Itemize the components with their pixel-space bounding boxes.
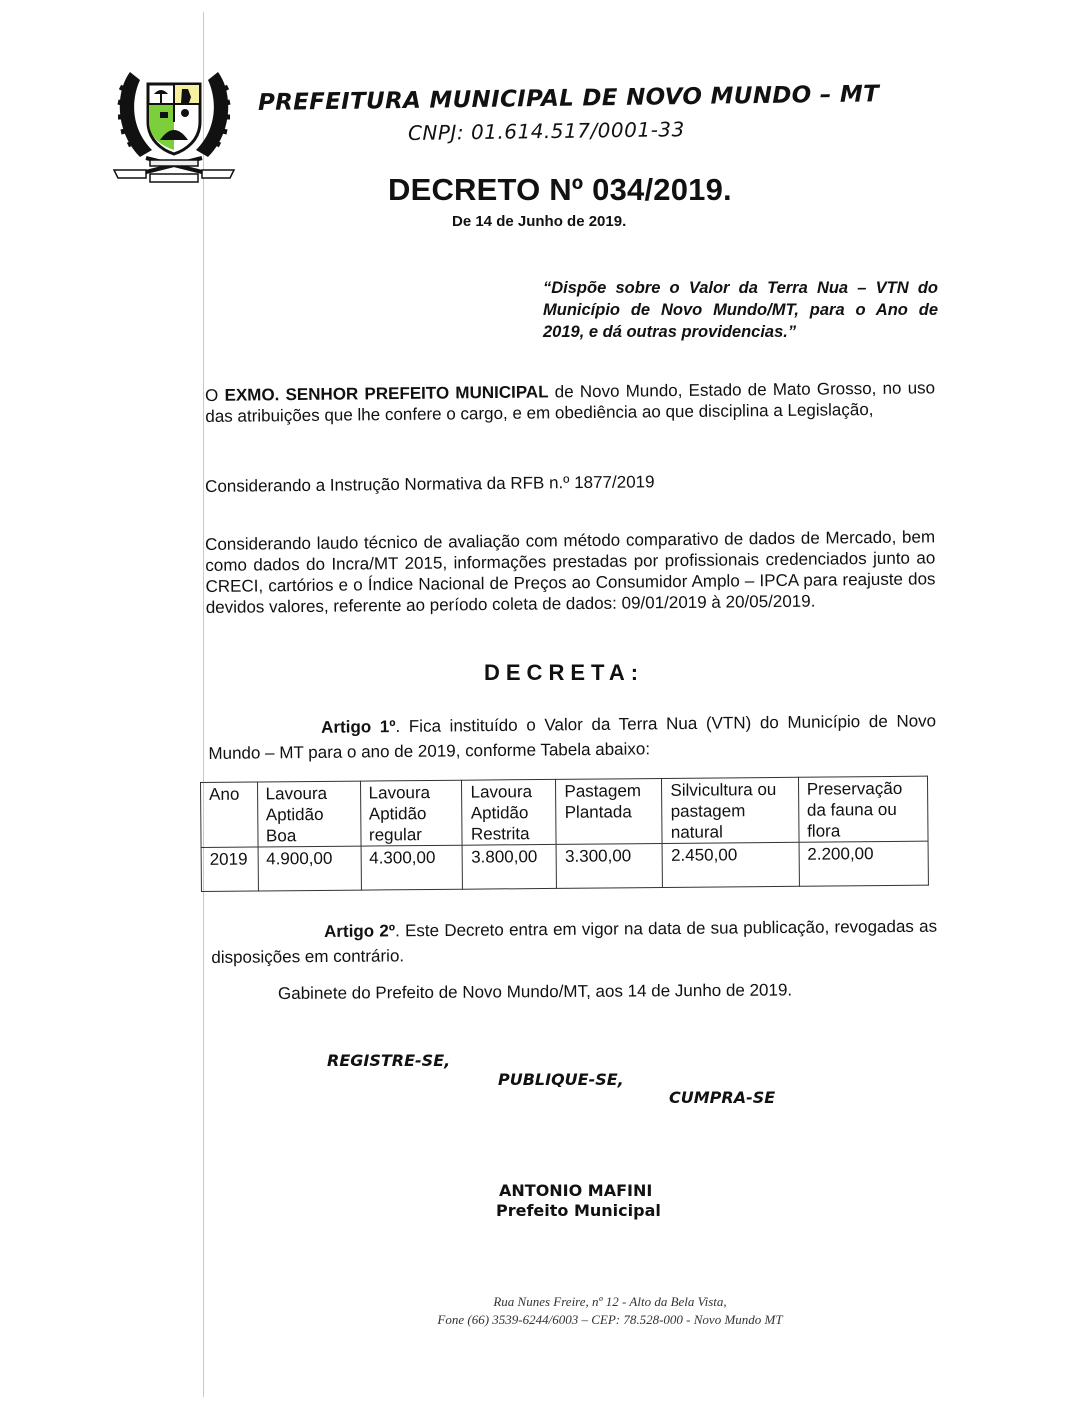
table-cell: 3.300,00 xyxy=(556,843,662,888)
footer-line-1: Rua Nunes Freire, nº 12 - Alto da Bela V… xyxy=(380,1293,840,1311)
coat-of-arms-icon xyxy=(110,62,238,187)
article-1-text: . Fica instituído o Valor da Terra Nua (… xyxy=(208,711,936,763)
cnpj: CNPJ: 01.614.517/0001-33 xyxy=(408,117,685,145)
table-row: 2019 4.900,00 4.300,00 3.800,00 3.300,00… xyxy=(201,841,928,891)
preamble-start: O xyxy=(205,386,225,405)
article-1: Artigo 1º. Fica instituído o Valor da Te… xyxy=(208,708,936,766)
decree-summary: “Dispõe sobre o Valor da Terra Nua – VTN… xyxy=(543,277,938,343)
header-cell: Lavoura Aptidão Boa xyxy=(257,781,361,847)
considerando-paragraph-1: Considerando a Instrução Normativa da RF… xyxy=(205,468,935,497)
table-cell: 2.200,00 xyxy=(799,841,929,886)
table-cell: 3.800,00 xyxy=(463,844,557,889)
institution-name: PREFEITURA MUNICIPAL DE NOVO MUNDO – MT xyxy=(258,81,879,116)
considerando-paragraph-2: Considerando laudo técnico de avaliação … xyxy=(205,526,936,618)
header-cell: Preservação da fauna ou flora xyxy=(798,776,928,842)
signatory-name: ANTONIO MAFINI xyxy=(499,1181,652,1200)
article-2: Artigo 2º. Este Decreto entra em vigor n… xyxy=(211,914,937,970)
table-cell: 4.900,00 xyxy=(258,846,361,891)
vtn-table: Ano Lavoura Aptidão Boa Lavoura Aptidão … xyxy=(200,776,929,892)
closing-line: Gabinete do Prefeito de Novo Mundo/MT, a… xyxy=(278,980,792,1004)
article-2-text: . Este Decreto entra em vigor na data de… xyxy=(211,917,937,967)
decree-title: DECRETO Nº 034/2019. xyxy=(388,172,732,208)
preamble-authority: EXMO. SENHOR PREFEITO MUNICIPAL xyxy=(224,382,548,404)
header-cell: Pastagem Plantada xyxy=(556,778,663,844)
header-cell: Ano xyxy=(201,782,258,847)
table-header-row: Ano Lavoura Aptidão Boa Lavoura Aptidão … xyxy=(201,776,929,847)
decreta-heading: DECRETA: xyxy=(484,660,644,686)
preamble-paragraph: O EXMO. SENHOR PREFEITO MUNICIPAL de Nov… xyxy=(205,377,935,427)
header-cell: Silvicultura ou pastagem natural xyxy=(662,777,799,843)
cumpra-se: CUMPRA-SE xyxy=(669,1088,775,1107)
article-1-label: Artigo 1º xyxy=(321,717,396,737)
article-2-label: Artigo 2º xyxy=(324,921,395,941)
table-cell: 4.300,00 xyxy=(361,845,463,890)
header-cell: Lavoura Aptidão regular xyxy=(360,780,463,846)
scan-margin-line xyxy=(203,12,204,1397)
header-cell: Lavoura Aptidão Restrita xyxy=(462,779,556,845)
signatory-role: Prefeito Municipal xyxy=(496,1201,661,1220)
footer-address: Rua Nunes Freire, nº 12 - Alto da Bela V… xyxy=(380,1293,840,1329)
table-cell: 2.450,00 xyxy=(662,842,799,887)
registre-se: REGISTRE-SE, xyxy=(327,1051,450,1070)
publique-se: PUBLIQUE-SE, xyxy=(498,1070,624,1089)
table-cell: 2019 xyxy=(201,847,258,891)
decree-date: De 14 de Junho de 2019. xyxy=(452,213,626,230)
footer-line-2: Fone (66) 3539-6244/6003 – CEP: 78.528-0… xyxy=(380,1311,840,1329)
